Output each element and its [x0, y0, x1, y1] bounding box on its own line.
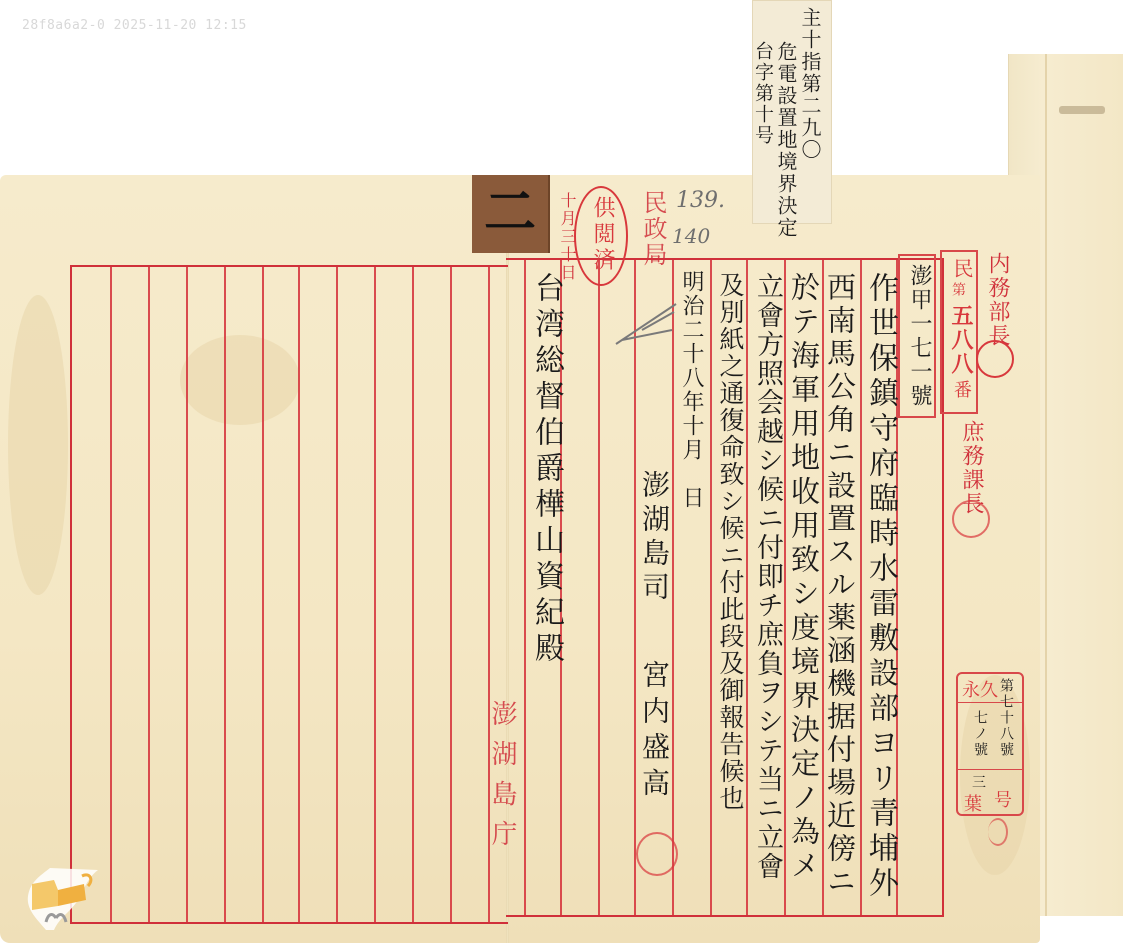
partial-seal [988, 818, 1008, 846]
ink-smudge [1059, 106, 1105, 114]
archive-logo-icon [20, 866, 100, 932]
file-sheet: 三 [972, 772, 986, 792]
personal-seal [976, 340, 1014, 378]
stain [8, 295, 68, 595]
document-number: 澎甲一七一號 [904, 264, 935, 408]
pencil-number: 139. [676, 188, 725, 213]
body-column-4: 立會方照会越シ候ニ付即チ庶負ヲシテ当ニ立會 [748, 272, 787, 881]
attached-slip: 主十指第二九〇 危電設置地境界決定 台字第十号 [752, 0, 832, 224]
body-column-3: 於テ海軍用地收用致シ度境界決定ノ為メ [784, 272, 825, 884]
body-column-1: 作世保鎮守府臨時水雷敷設部ヨリ青埔外 [858, 272, 902, 902]
personal-seal [952, 500, 990, 538]
file-volume: 第七十八號 [996, 678, 1016, 758]
oval-stamp-text: 供閲済 [587, 196, 618, 274]
registry-prefix: 民 [948, 258, 977, 280]
file-item: 七ノ號 [970, 710, 990, 758]
watermark-text: 28f8a6a2-0 2025-11-20 12:15 [22, 18, 247, 33]
pencil-number: 140 [672, 224, 710, 248]
file-stamp: 永久 第七十八號 七ノ號 三 号 葉 [956, 672, 1024, 816]
file-stamp-label: 号 [994, 786, 1012, 812]
addressee: 台湾総督伯爵樺山資紀殿 [524, 272, 568, 668]
document-date: 明治二十八年十月 日 [676, 270, 707, 510]
penghu-office-stamp: 澎湖島庁 [484, 700, 521, 860]
page-number-tab: 二 [472, 175, 550, 253]
body-column-2: 西南馬公角ニ設置スル薬涵機据付場近傍ニ [820, 272, 861, 899]
body-column-5: 及別紙之通復命致シ候ニ付此段及御報告候也 [712, 272, 748, 812]
registry-sub: 第 [948, 282, 968, 298]
registry-suffix: 番 [948, 380, 974, 400]
registry-number-box: 民 第 五八八 番 [940, 250, 978, 414]
file-stamp-label: 葉 [964, 790, 982, 816]
registry-number: 五八八 [946, 304, 977, 376]
file-stamp-top: 永久 [962, 676, 998, 702]
tab-label: 二 [472, 183, 548, 243]
interior-minister-column: 内務部長 [982, 252, 1013, 348]
sender-office: 澎湖島司 [634, 470, 674, 606]
document-number-box: 澎甲一七一號 [898, 254, 936, 418]
sender-seal [636, 832, 678, 876]
slip-column: 台字第十号 [750, 41, 777, 146]
fold-line [1045, 54, 1047, 916]
pencil-check-mark [612, 300, 682, 350]
viewed-oval-stamp: 供閲済 [574, 186, 628, 286]
sender-name: 宮内盛高 [634, 660, 674, 804]
ruled-frame-left [70, 265, 508, 924]
civil-affairs-annotation: 民政局 [636, 190, 671, 268]
